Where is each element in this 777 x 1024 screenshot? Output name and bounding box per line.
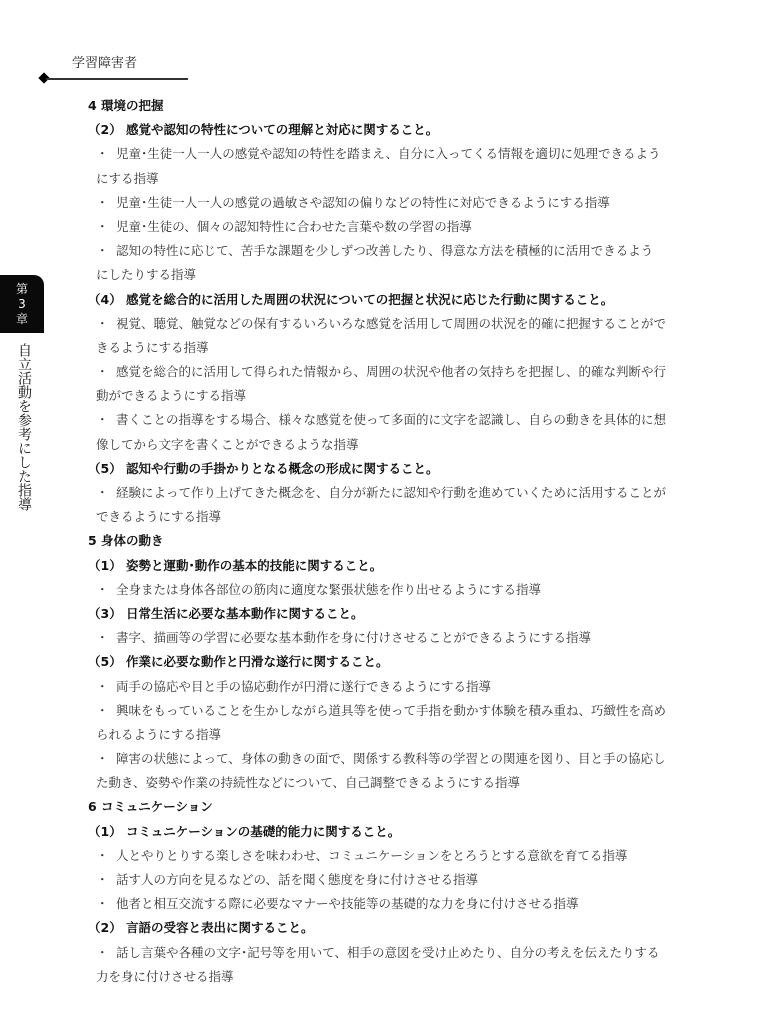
list-item: ・感覚を総合的に活用して得られた情報から、周囲の状況や他者の気持ちを把握し、的確… — [88, 360, 698, 384]
list-item-continuation: 動ができるようにする指導 — [88, 384, 698, 408]
section-heading: 4 環境の把握 — [88, 94, 698, 118]
bullet-icon: ・ — [96, 578, 116, 602]
header-rule — [46, 78, 188, 80]
list-item: ・経験によって作り上げてきた概念を、自分が新たに認知や行動を進めていくために活用… — [88, 481, 698, 505]
bullet-icon: ・ — [96, 408, 116, 432]
list-item-text: 感覚を総合的に活用して得られた情報から、周囲の状況や他者の気持ちを把握し、的確な… — [116, 364, 666, 379]
list-item-text: 経験によって作り上げてきた概念を、自分が新たに認知や行動を進めていくために活用す… — [116, 485, 666, 500]
bullet-icon: ・ — [96, 312, 116, 336]
list-item: ・児童･生徒一人一人の感覚や認知の特性を踏まえ、自分に入ってくる情報を適切に処理… — [88, 142, 698, 166]
bullet-icon: ・ — [96, 892, 116, 916]
list-item-text: 他者と相互交流する際に必要なマナーや技能等の基礎的な力を身に付けさせる指導 — [116, 896, 579, 911]
subsection-heading: （5） 作業に必要な動作と円滑な遂行に関すること。 — [88, 650, 698, 674]
list-item: ・書くことの指導をする場合、様々な感覚を使って多面的に文字を認識し、自らの動きを… — [88, 408, 698, 432]
list-item-text: 両手の協応や目と手の協応動作が円滑に遂行できるようにする指導 — [116, 679, 491, 694]
list-item: ・認知の特性に応じて、苦手な課題を少しずつ改善したり、得意な方法を積極的に活用で… — [88, 239, 698, 263]
list-item-continuation: られるようにする指導 — [88, 723, 698, 747]
subsection-heading: （2） 言語の受容と表出に関すること。 — [88, 916, 698, 940]
list-item-text: 全身または身体各部位の筋肉に適度な緊張状態を作り出せるようにする指導 — [116, 582, 541, 597]
list-item-continuation: にする指導 — [88, 167, 698, 191]
list-item: ・他者と相互交流する際に必要なマナーや技能等の基礎的な力を身に付けさせる指導 — [88, 892, 698, 916]
list-item-text: 障害の状態によって、身体の動きの面で、関係する教科等の学習との関連を図り、目と手… — [116, 751, 666, 766]
bullet-icon: ・ — [96, 626, 116, 650]
list-item-text: 児童･生徒の、個々の認知特性に合わせた言葉や数の学習の指導 — [116, 219, 472, 234]
list-item: ・書字、描画等の学習に必要な基本動作を身に付けさせることができるようにする指導 — [88, 626, 698, 650]
list-item-text: 児童･生徒一人一人の感覚の過敏さや認知の偏りなどの特性に対応できるようにする指導 — [116, 195, 610, 210]
list-item: ・障害の状態によって、身体の動きの面で、関係する教科等の学習との関連を図り、目と… — [88, 747, 698, 771]
chapter-tab-line1: 第 — [16, 282, 28, 297]
list-item: ・話す人の方向を見るなどの、話を聞く態度を身に付けさせる指導 — [88, 868, 698, 892]
bullet-icon: ・ — [96, 142, 116, 166]
list-item-text: 話す人の方向を見るなどの、話を聞く態度を身に付けさせる指導 — [116, 872, 478, 887]
list-item: ・児童･生徒一人一人の感覚の過敏さや認知の偏りなどの特性に対応できるようにする指… — [88, 191, 698, 215]
bullet-icon: ・ — [96, 941, 116, 965]
bullet-icon: ・ — [96, 868, 116, 892]
document-body: 4 環境の把握 （2） 感覚や認知の特性についての理解と対応に関すること。 ・児… — [88, 94, 698, 989]
list-item: ・視覚、聴覚、触覚などの保有するいろいろな感覚を活用して周囲の状況を的確に把握す… — [88, 312, 698, 336]
bullet-icon: ・ — [96, 699, 116, 723]
list-item-text: 書くことの指導をする場合、様々な感覚を使って多面的に文字を認識し、自らの動きを具… — [116, 412, 666, 427]
subsection-heading: （2） 感覚や認知の特性についての理解と対応に関すること。 — [88, 118, 698, 142]
list-item: ・話し言葉や各種の文字･記号等を用いて、相手の意図を受け止めたり、自分の考えを伝… — [88, 941, 698, 965]
bullet-icon: ・ — [96, 747, 116, 771]
list-item-continuation: できるようにする指導 — [88, 505, 698, 529]
list-item-continuation: 力を身に付けさせる指導 — [88, 965, 698, 989]
subsection-heading: （1） コミュニケーションの基礎的能力に関すること。 — [88, 820, 698, 844]
list-item-continuation: た動き、姿勢や作業の持続性などについて、自己調整できるようにする指導 — [88, 771, 698, 795]
list-item-text: 児童･生徒一人一人の感覚や認知の特性を踏まえ、自分に入ってくる情報を適切に処理で… — [116, 146, 661, 161]
subsection-heading: （3） 日常生活に必要な基本動作に関すること。 — [88, 602, 698, 626]
bullet-icon: ・ — [96, 191, 116, 215]
list-item-text: 人とやりとりする楽しさを味わわせ、コミュニケーションをとろうとする意欲を育てる指… — [116, 848, 627, 863]
list-item-continuation: にしたりする指導 — [88, 263, 698, 287]
list-item: ・児童･生徒の、個々の認知特性に合わせた言葉や数の学習の指導 — [88, 215, 698, 239]
list-item: ・興味をもっていることを生かしながら道具等を使って手指を動かす体験を積み重ね、巧… — [88, 699, 698, 723]
bullet-icon: ・ — [96, 239, 116, 263]
list-item-text: 興味をもっていることを生かしながら道具等を使って手指を動かす体験を積み重ね、巧緻… — [116, 703, 666, 718]
subsection-heading: （1） 姿勢と運動･動作の基本的技能に関すること。 — [88, 554, 698, 578]
list-item-text: 視覚、聴覚、触覚などの保有するいろいろな感覚を活用して周囲の状況を的確に把握する… — [116, 316, 666, 331]
bullet-icon: ・ — [96, 675, 116, 699]
bullet-icon: ・ — [96, 844, 116, 868]
list-item-text: 書字、描画等の学習に必要な基本動作を身に付けさせることができるようにする指導 — [116, 630, 591, 645]
bullet-icon: ・ — [96, 360, 116, 384]
chapter-title: 自立活動を参考にした指導 — [14, 343, 32, 511]
list-item-text: 話し言葉や各種の文字･記号等を用いて、相手の意図を受け止めたり、自分の考えを伝え… — [116, 945, 660, 960]
bullet-icon: ・ — [96, 215, 116, 239]
list-item-text: 認知の特性に応じて、苦手な課題を少しずつ改善したり、得意な方法を積極的に活用でき… — [116, 243, 653, 258]
chapter-tab-number: 3 — [18, 297, 26, 312]
chapter-tab-line3: 章 — [16, 312, 28, 327]
section-heading: 5 身体の動き — [88, 529, 698, 553]
subsection-heading: （5） 認知や行動の手掛かりとなる概念の形成に関すること。 — [88, 457, 698, 481]
subsection-heading: （4） 感覚を総合的に活用した周囲の状況についての把握と状況に応じた行動に関する… — [88, 288, 698, 312]
bullet-icon: ・ — [96, 481, 116, 505]
running-head: 学習障害者 — [72, 52, 137, 71]
list-item: ・両手の協応や目と手の協応動作が円滑に遂行できるようにする指導 — [88, 675, 698, 699]
list-item-continuation: 像してから文字を書くことができるような指導 — [88, 433, 698, 457]
chapter-tab: 第 3 章 — [0, 275, 44, 333]
list-item-continuation: きるようにする指導 — [88, 336, 698, 360]
list-item: ・人とやりとりする楽しさを味わわせ、コミュニケーションをとろうとする意欲を育てる… — [88, 844, 698, 868]
list-item: ・全身または身体各部位の筋肉に適度な緊張状態を作り出せるようにする指導 — [88, 578, 698, 602]
section-heading: 6 コミュニケーション — [88, 795, 698, 819]
